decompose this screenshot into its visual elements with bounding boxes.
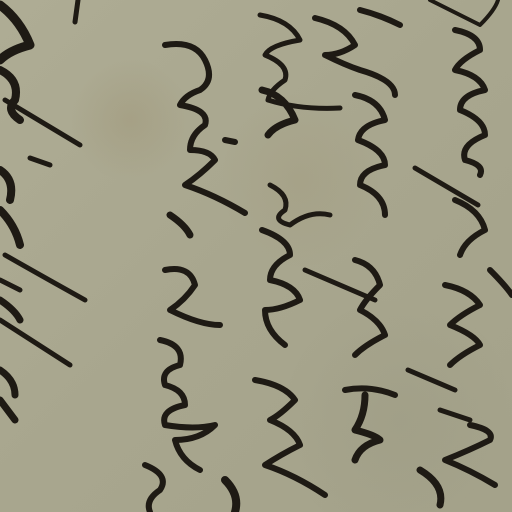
handwriting-column-2 (145, 44, 245, 512)
handwriting-column-4 (305, 10, 400, 460)
handwriting-column-1 (0, 0, 85, 420)
handwriting-strokes (0, 0, 512, 512)
handwriting-column-5 (408, 0, 512, 505)
handwriting-column-3 (225, 15, 340, 512)
manuscript-photo: (illegible, cut off at left edge) cuioll… (0, 0, 512, 512)
